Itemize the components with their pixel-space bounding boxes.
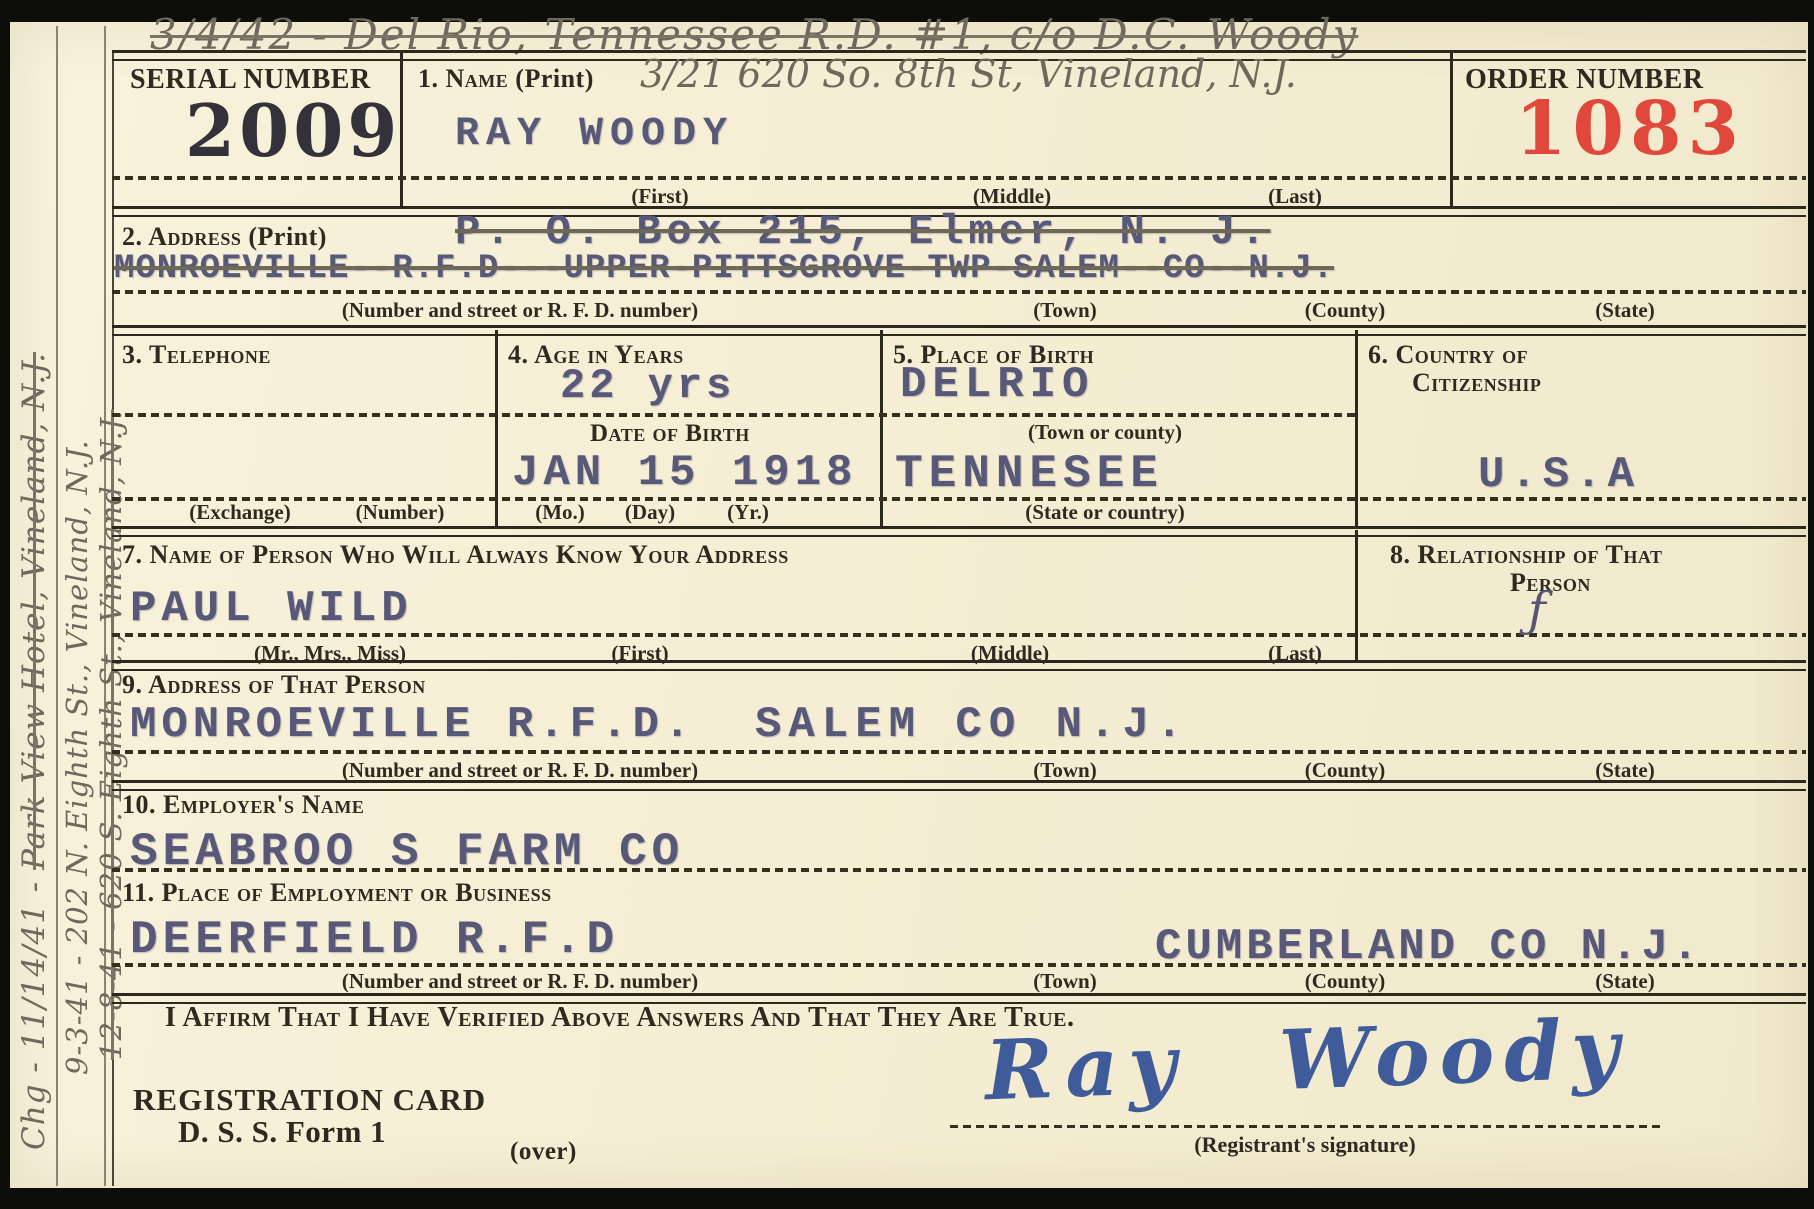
address-field-label-paren: (Print)	[248, 222, 327, 251]
contact-address-county-state-value: SALEM CO N.J.	[755, 700, 1189, 750]
name-sublabel-last: (Last)	[1268, 184, 1322, 209]
serial-number-value: 2009	[185, 88, 401, 173]
birth-town-sublabel: (Town or county)	[1028, 420, 1182, 445]
name-sublabel-first: (First)	[631, 184, 688, 209]
contact-address-field-label: 9. Address of That Person	[122, 670, 426, 700]
dash-employer	[112, 868, 1806, 872]
contact-address-sublabel-county: (County)	[1305, 758, 1386, 783]
address-field-label: 2. Address (Print)	[122, 222, 327, 252]
margin-note-1-struck-part: Park View Hotel, Vineland, N.J.	[16, 352, 52, 870]
affirmation-statement: I Affirm That I Have Verified Above Answ…	[165, 1002, 1074, 1034]
dob-sublabel-year: (Yr.)	[727, 500, 769, 525]
employment-street-value: DEERFIELD R.F.D	[130, 914, 619, 966]
address-line1-struck: P. O. Box 215, Elmer, N. J.	[455, 208, 1271, 256]
address-line2-struck: MONROEVILLE--R.F.D---UPPER-PITTSGROVE-TW…	[114, 250, 1334, 288]
name-sublabel-middle: (Middle)	[973, 184, 1051, 209]
registration-card-scan: Chg - 11/14/41 - Park View Hotel, Vinela…	[0, 0, 1814, 1209]
dob-sublabel-day: (Day)	[625, 500, 675, 525]
contact-address-street-value: MONROEVILLE R.F.D.	[130, 700, 695, 750]
date-of-birth-value: JAN 15 1918	[512, 448, 857, 498]
employment-sublabel-state: (State)	[1595, 969, 1654, 994]
relationship-field-label-line2: Person	[1510, 568, 1591, 598]
rule-under-birth-row	[112, 526, 1806, 537]
dash-employment	[112, 963, 1806, 967]
divider-contact-relationship	[1355, 530, 1358, 660]
contact-address-sublabel-town: (Town)	[1033, 758, 1096, 783]
address-sublabel-county: (County)	[1305, 298, 1386, 323]
dash-row1	[112, 176, 1806, 180]
margin-rule-line	[56, 26, 58, 1186]
name-field-label-paren: (Print)	[515, 64, 594, 93]
dash-signature-line	[950, 1125, 1662, 1128]
margin-note-2: 9-3-41 - 202 N. Eighth St., Vineland, N.…	[60, 439, 94, 1075]
address-sublabel-street: (Number and street or R. F. D. number)	[342, 298, 698, 323]
employment-sublabel-town: (Town)	[1033, 969, 1096, 994]
order-number-value: 1083	[1515, 86, 1745, 172]
dash-row3-lower	[112, 497, 1806, 501]
contact-address-sublabel-street: (Number and street or R. F. D. number)	[342, 758, 698, 783]
relationship-field-label-line1: 8. Relationship of That	[1390, 540, 1663, 570]
card-title: REGISTRATION CARD	[133, 1082, 486, 1118]
dash-contact-address	[112, 750, 1806, 754]
citizenship-field-label-line2: Citizenship	[1412, 368, 1541, 398]
citizenship-value: U.S.A	[1478, 450, 1640, 500]
divider-name-order	[1450, 52, 1453, 206]
telephone-sublabel-exchange: (Exchange)	[189, 500, 291, 525]
date-of-birth-label: Date of Birth	[590, 420, 750, 448]
margin-note-1: Chg - 11/14/41 - Park View Hotel, Vinela…	[16, 352, 52, 1150]
dash-address	[112, 290, 1806, 294]
telephone-field-label: 3. Telephone	[122, 340, 271, 370]
age-value: 22 yrs	[560, 362, 735, 410]
signature-sublabel: (Registrant's signature)	[1194, 1132, 1415, 1158]
telephone-sublabel-number: (Number)	[356, 500, 445, 525]
birth-town-value: DELRIO	[900, 360, 1094, 410]
dob-sublabel-month: (Mo.)	[535, 500, 585, 525]
margin-note-1-prefix: Chg - 11/14/41 -	[16, 870, 52, 1150]
address-sublabel-state: (State)	[1595, 298, 1654, 323]
contact-sublabel-middle: (Middle)	[971, 641, 1049, 666]
employer-field-label: 10. Employer's Name	[122, 790, 364, 820]
employment-field-label: 11. Place of Employment or Business	[122, 878, 552, 908]
name-value: RAY WOODY	[455, 112, 734, 157]
employment-sublabel-street: (Number and street or R. F. D. number)	[342, 969, 698, 994]
birth-state-sublabel: (State or country)	[1025, 500, 1184, 525]
dash-contact	[112, 633, 1806, 637]
name-field-label: 1. Name (Print)	[418, 64, 594, 94]
contact-field-label: 7. Name of Person Who Will Always Know Y…	[122, 540, 789, 570]
rule-under-address-row	[112, 325, 1806, 336]
form-number: D. S. S. Form 1	[178, 1114, 386, 1150]
contact-sublabel-last: (Last)	[1268, 641, 1322, 666]
over-label: (over)	[510, 1138, 577, 1166]
contact-sublabel-title: (Mr., Mrs., Miss)	[254, 641, 406, 666]
birth-state-value: TENNESEE	[895, 448, 1164, 500]
address-sublabel-town: (Town)	[1033, 298, 1096, 323]
contact-address-sublabel-state: (State)	[1595, 758, 1654, 783]
contact-name-value: PAUL WILD	[130, 584, 413, 634]
employment-sublabel-county: (County)	[1305, 969, 1386, 994]
dash-row3-upper	[112, 413, 1355, 417]
name-line-pencil-note: 3/21 620 So. 8th St, Vineland, N.J.	[640, 52, 1297, 96]
citizenship-field-label-line1: 6. Country of	[1368, 340, 1528, 370]
contact-sublabel-first: (First)	[611, 641, 668, 666]
relationship-pencil-mark: ƒ	[1528, 582, 1546, 638]
